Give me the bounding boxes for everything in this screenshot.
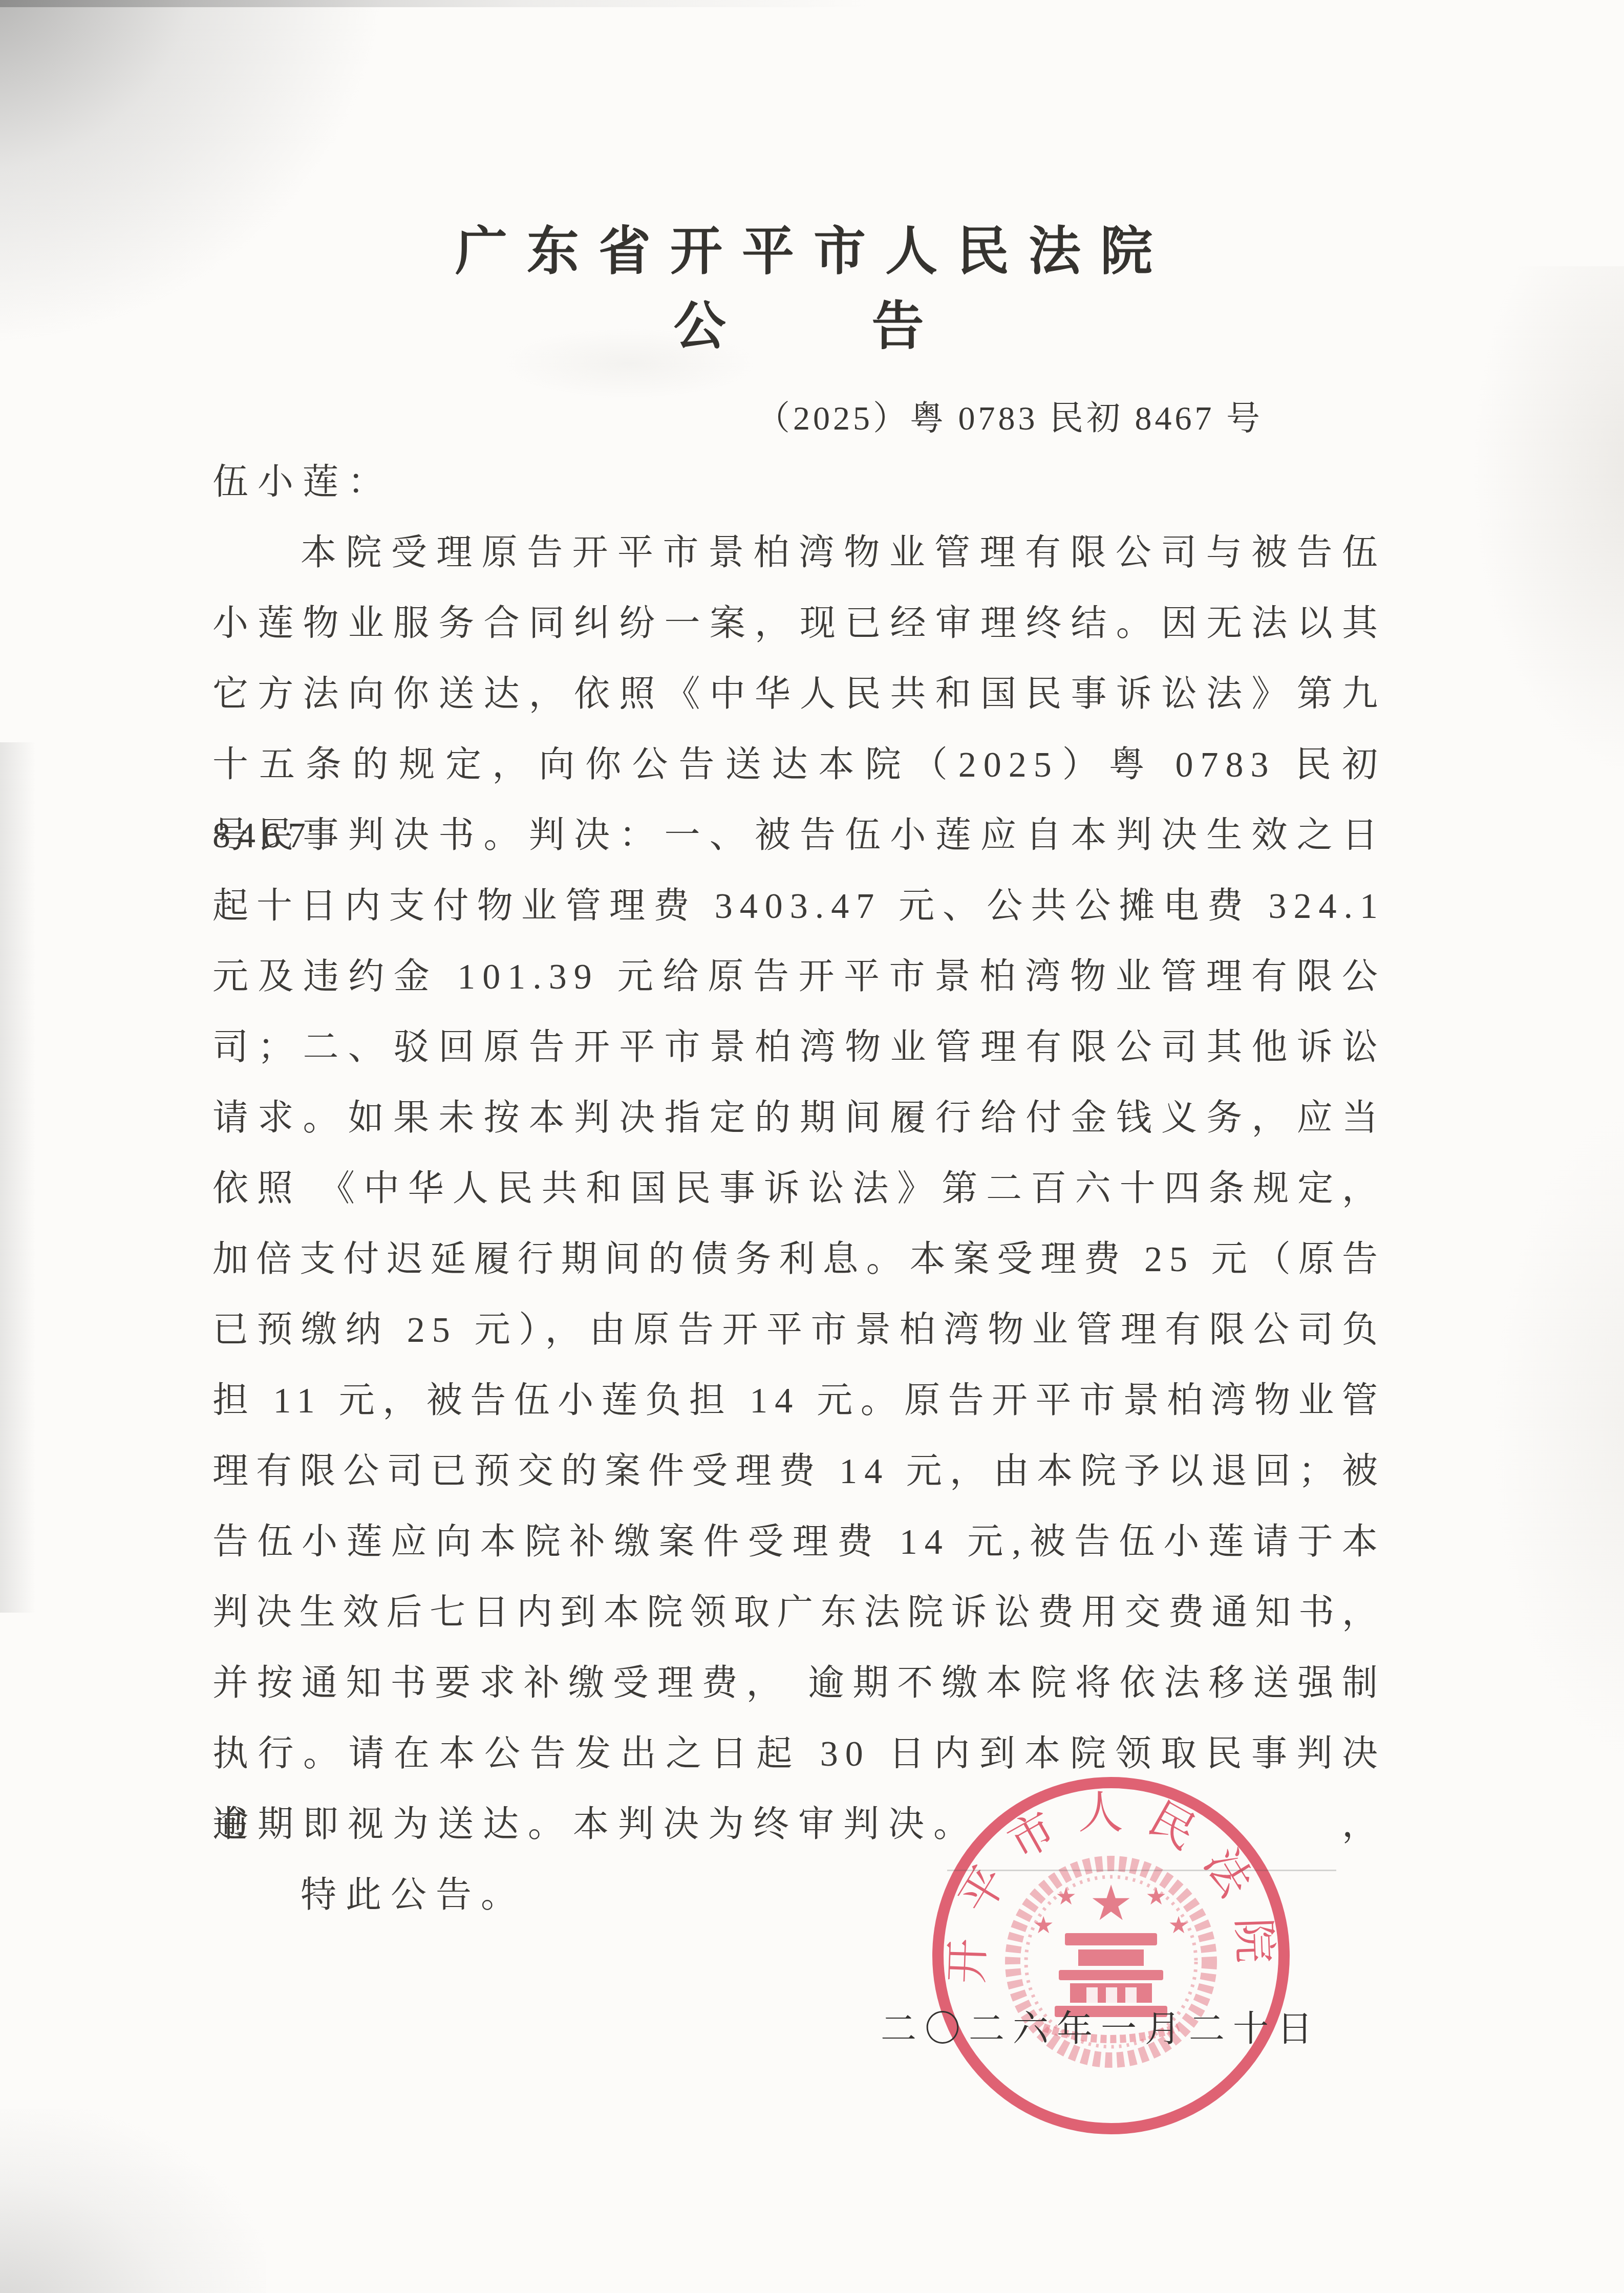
doc-type-char-1: 公 [674,299,726,355]
emblem-gate-hall [1078,1949,1144,1966]
scanned-court-announcement-page: 广东省开平市人民法院 公 告 （2025）粤 0783 民初 8467 号 伍小… [0,0,1624,2293]
doc-type-title: 公 告 [212,299,1385,355]
body-line: 本院受理原告开平市景柏湾物业管理有限公司与被告伍 [212,518,1385,589]
date-line: 二〇二六年一月二十日 [212,1995,1385,2065]
announcement-body: 伍小莲： 本院受理原告开平市景柏湾物业管理有限公司与被告伍 小莲物业服务合同纠纷… [212,447,1385,1931]
case-number: （2025）粤 0783 民初 8467 号 [212,398,1385,439]
body-line: 执行。请在本公告发出之日起 30 日内到本院领取民事判决书， [212,1719,1385,1790]
body-line: 小莲物业服务合同纠纷一案，现已经审理终结。因无法以其 [212,589,1385,659]
body-line: 号民事判决书。判决：一、被告伍小莲应自本判决生效之日 [212,801,1385,871]
body-line: 并按通知书要求补缴受理费， 逾期不缴本院将依法移送强制 [212,1648,1385,1719]
body-line: 判决生效后七日内到本院领取广东法院诉讼费用交费通知书， [212,1578,1385,1648]
body-line: 司；二、驳回原告开平市景柏湾物业管理有限公司其他诉讼 [212,1013,1385,1083]
body-line: 加倍支付迟延履行期间的债务利息。本案受理费 25 元（原告 [212,1225,1385,1295]
body-line: 十五条的规定，向你公告送达本院（2025）粤 0783 民初 8467 [212,730,1385,801]
body-line: 起十日内支付物业管理费 3403.47 元、公共公摊电费 324.1 [212,871,1385,942]
scan-shadow-bottom-left [0,2109,266,2293]
scan-shadow-top-edge [0,0,870,7]
scan-shadow-top-left [0,0,389,348]
emblem-gate-roof2 [1059,1970,1163,1980]
scan-shadow-right-edge [1470,266,1624,778]
body-line: 担 11 元，被告伍小莲负担 14 元。原告开平市景柏湾物业管 [212,1366,1385,1437]
doc-type-char-2: 告 [872,299,924,355]
body-line: 已预缴纳 25 元），由原告开平市景柏湾物业管理有限公司负 [212,1295,1385,1366]
body-line: 元及违约金 101.39 元给原告开平市景柏湾物业管理有限公 [212,942,1385,1013]
body-line: 告伍小莲应向本院补缴案件受理费 14 元,被告伍小莲请于本 [212,1507,1385,1578]
body-line: 请求。如果未按本判决指定的期间履行给付金钱义务，应当 [212,1083,1385,1154]
court-name-title: 广东省开平市人民法院 [212,224,1385,281]
recipient-line: 伍小莲： [212,447,1385,518]
scan-shadow-right-lower [1491,1101,1624,1766]
scan-shadow-left-edge [0,742,36,1613]
body-paragraph: 本院受理原告开平市景柏湾物业管理有限公司与被告伍 小莲物业服务合同纠纷一案，现已… [212,518,1385,1860]
body-line: 它方法向你送达，依照《中华人民共和国民事诉讼法》第九 [212,659,1385,730]
body-line: 理有限公司已预交的案件受理费 14 元，由本院予以退回；被 [212,1437,1385,1507]
scan-artifact-line [947,1870,1336,1871]
emblem-gate-roof [1065,1933,1157,1945]
body-line: 依照 《中华人民共和国民事诉讼法》第二百六十四条规定， [212,1154,1385,1225]
